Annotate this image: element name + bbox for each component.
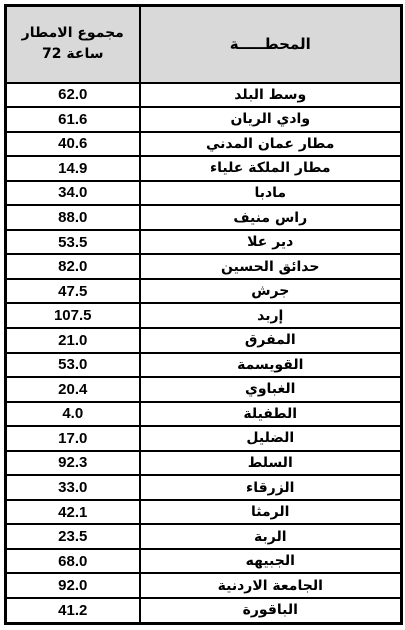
table-row: السلط92.3 (6, 451, 402, 476)
rainfall-value-cell: 4.0 (6, 402, 140, 427)
table-row: الجامعة الاردنية92.0 (6, 573, 402, 598)
station-name-cell: مطار الملكة علياء (140, 156, 402, 181)
table-row: الباقورة41.2 (6, 598, 402, 624)
station-name-cell: حدائق الحسين (140, 254, 402, 279)
table-row: المفرق21.0 (6, 328, 402, 353)
table-row: راس منيف88.0 (6, 205, 402, 230)
station-name-cell: جرش (140, 279, 402, 304)
station-name-cell: الجامعة الاردنية (140, 573, 402, 598)
station-name-cell: مطار عمان المدني (140, 132, 402, 157)
station-name-cell: الربة (140, 524, 402, 549)
rainfall-value-cell: 40.6 (6, 132, 140, 157)
table-header-row: المحطـــــة مجموع الامطار 72 ساعة (6, 6, 402, 83)
table-row: إربد107.5 (6, 303, 402, 328)
station-name-cell: الطفيلة (140, 402, 402, 427)
table-row: وسط البلد62.0 (6, 83, 402, 108)
rainfall-table: المحطـــــة مجموع الامطار 72 ساعة وسط ال… (4, 4, 403, 625)
station-name-cell: دير علا (140, 230, 402, 255)
table-row: جرش47.5 (6, 279, 402, 304)
rainfall-value-cell: 20.4 (6, 377, 140, 402)
rainfall-value-cell: 23.5 (6, 524, 140, 549)
rainfall-header-line1: مجموع الامطار (9, 23, 137, 45)
station-name-cell: الجبيهه (140, 549, 402, 574)
rainfall-value-cell: 68.0 (6, 549, 140, 574)
station-name-cell: إربد (140, 303, 402, 328)
page: المحطـــــة مجموع الامطار 72 ساعة وسط ال… (0, 0, 405, 630)
table-row: الضليل17.0 (6, 426, 402, 451)
table-row: الغباوي20.4 (6, 377, 402, 402)
table-row: الزرقاء33.0 (6, 475, 402, 500)
rainfall-value-cell: 33.0 (6, 475, 140, 500)
rainfall-value-cell: 88.0 (6, 205, 140, 230)
rainfall-value-cell: 14.9 (6, 156, 140, 181)
station-name-cell: الضليل (140, 426, 402, 451)
rainfall-value-cell: 53.0 (6, 353, 140, 378)
table-row: وادي الريان61.6 (6, 107, 402, 132)
station-name-cell: مادبا (140, 181, 402, 206)
rainfall-value-cell: 107.5 (6, 303, 140, 328)
station-column-header: المحطـــــة (140, 6, 402, 83)
table-row: الطفيلة4.0 (6, 402, 402, 427)
station-name-cell: المفرق (140, 328, 402, 353)
station-name-cell: راس منيف (140, 205, 402, 230)
rainfall-value-cell: 62.0 (6, 83, 140, 108)
rainfall-value-cell: 82.0 (6, 254, 140, 279)
rainfall-value-cell: 47.5 (6, 279, 140, 304)
table-row: مطار عمان المدني40.6 (6, 132, 402, 157)
table-row: الجبيهه68.0 (6, 549, 402, 574)
table-row: القويسمة53.0 (6, 353, 402, 378)
station-name-cell: الرمثا (140, 500, 402, 525)
table-row: الرمثا42.1 (6, 500, 402, 525)
table-row: مادبا34.0 (6, 181, 402, 206)
station-table-body: وسط البلد62.0وادي الريان61.6مطار عمان ال… (6, 83, 402, 624)
rainfall-value-cell: 42.1 (6, 500, 140, 525)
station-name-cell: السلط (140, 451, 402, 476)
rainfall-value-cell: 34.0 (6, 181, 140, 206)
station-name-cell: الغباوي (140, 377, 402, 402)
station-name-cell: القويسمة (140, 353, 402, 378)
station-name-cell: الزرقاء (140, 475, 402, 500)
rainfall-header-line2: 72 ساعة (9, 44, 137, 66)
rainfall-value-cell: 17.0 (6, 426, 140, 451)
rainfall-value-cell: 41.2 (6, 598, 140, 624)
rainfall-value-cell: 92.0 (6, 573, 140, 598)
station-name-cell: الباقورة (140, 598, 402, 624)
table-row: حدائق الحسين82.0 (6, 254, 402, 279)
table-row: الربة23.5 (6, 524, 402, 549)
station-name-cell: وسط البلد (140, 83, 402, 108)
rainfall-value-cell: 21.0 (6, 328, 140, 353)
rainfall-value-cell: 53.5 (6, 230, 140, 255)
rainfall-value-cell: 92.3 (6, 451, 140, 476)
table-row: دير علا53.5 (6, 230, 402, 255)
rainfall-column-header: مجموع الامطار 72 ساعة (6, 6, 140, 83)
table-row: مطار الملكة علياء14.9 (6, 156, 402, 181)
rainfall-value-cell: 61.6 (6, 107, 140, 132)
station-name-cell: وادي الريان (140, 107, 402, 132)
